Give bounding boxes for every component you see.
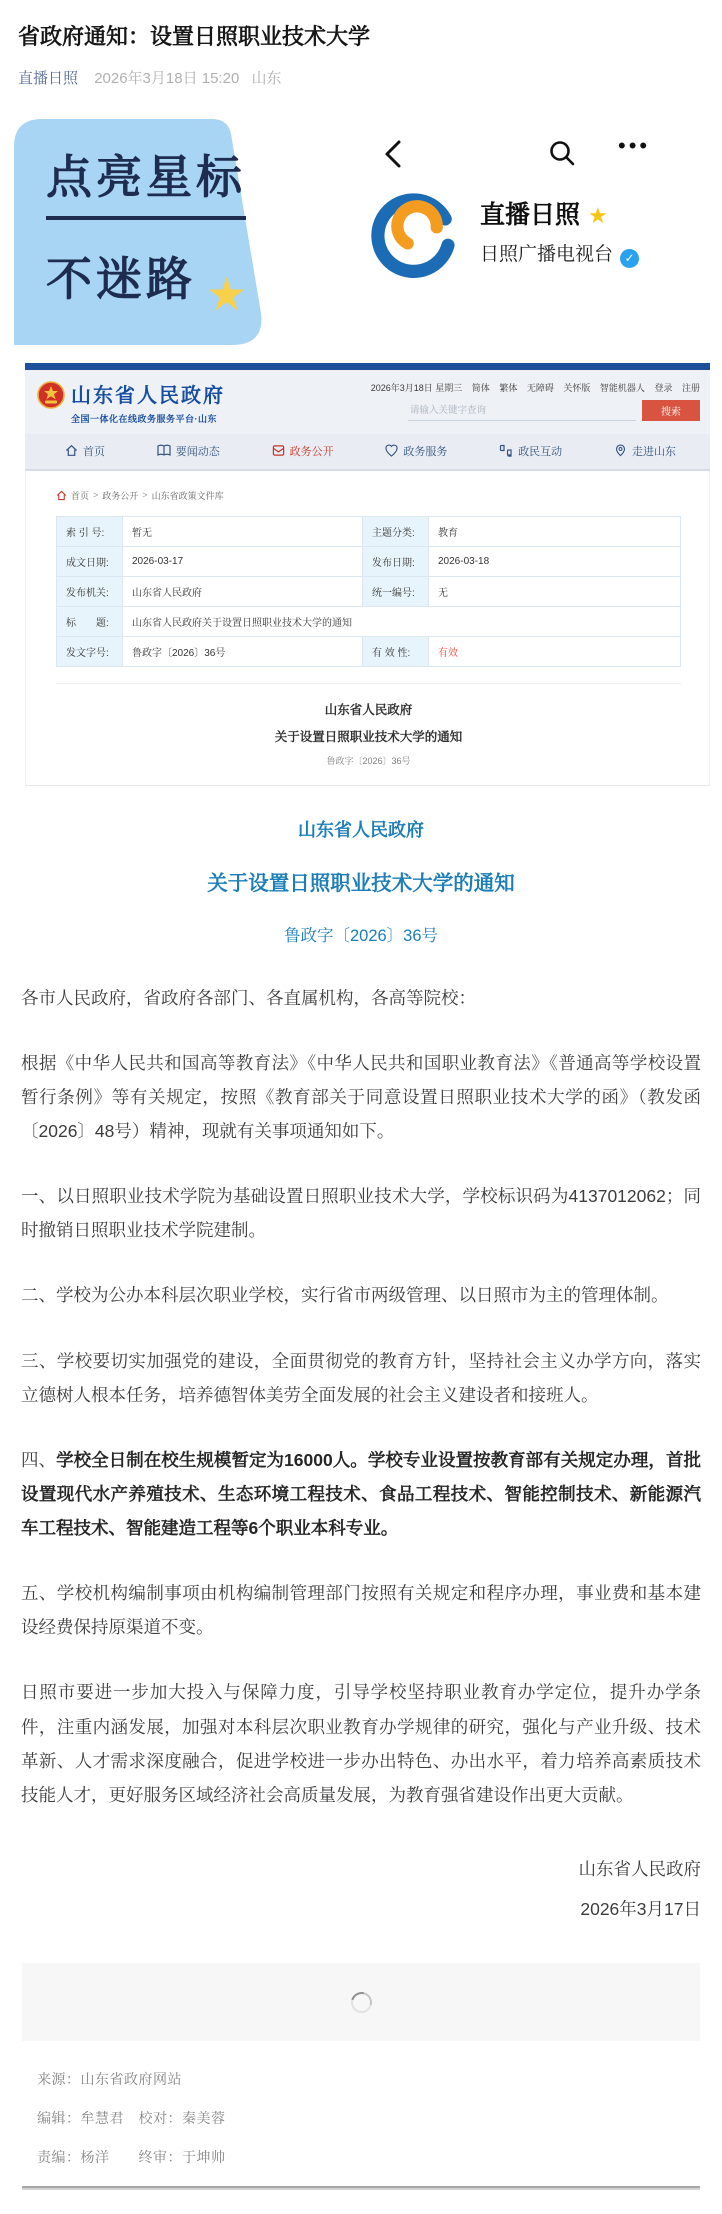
meta-label: 主题分类: xyxy=(363,516,429,546)
gov-link-robot[interactable]: 智能机器人 xyxy=(600,383,645,393)
body-paragraph: 日照市要进一步加大投入与保障力度，引导学校坚持职业教育办学定位，提升办学条件，注… xyxy=(21,1675,701,1812)
promo-banner: 点亮星标 不迷路 ★ ••• 直播日照★ 日照广播电视台✓ xyxy=(0,103,722,353)
notice-heading: 山东省人民政府 关于设置日照职业技术大学的通知 鲁政字〔2026〕36号 xyxy=(0,800,722,946)
gov-date: 2026年3月18日 星期三 xyxy=(371,383,463,393)
signature-block: 山东省人民政府 2026年3月17日 xyxy=(0,1843,722,1930)
banner-account-name[interactable]: 直播日照★ xyxy=(480,195,608,231)
map-pin-icon xyxy=(614,444,627,457)
spinner-icon xyxy=(347,1988,376,2017)
publish-location: 山东 xyxy=(251,70,281,87)
gov-search-input[interactable] xyxy=(408,401,636,421)
gov-nav: 首页 要闻动态 政务公开 政务服务 政民互动 走进山东 xyxy=(25,434,710,471)
breadcrumb-page: 山东省政策文件库 xyxy=(152,489,224,502)
gov-doc-number: 鲁政字〔2026〕36号 xyxy=(56,754,681,767)
document-disclosure-icon xyxy=(272,444,285,457)
table-row: 发文字号: 鲁政字〔2026〕36号 有 效 性: 有效 xyxy=(57,636,681,666)
paragraph-bold-text: 学校全日制在校生规模暂定为16000人。学校专业设置按教育部有关规定办理，首批设… xyxy=(21,1450,701,1538)
article-body: 各市人民政府，省政府各部门、各直属机构，各高等院校： 根据《中华人民共和国高等教… xyxy=(0,946,722,1812)
gov-link-register[interactable]: 注册 xyxy=(682,383,700,393)
gov-search-bar: 搜索 xyxy=(408,400,700,422)
image-loading-placeholder xyxy=(22,1963,700,2041)
chat-icon xyxy=(499,444,513,457)
body-paragraph: 二、学校为公办本科层次职业学校，实行省市两级管理、以日照市为主的管理体制。 xyxy=(21,1278,701,1312)
meta-label: 统一编号: xyxy=(363,576,429,606)
banner-account-desc: 日照广播电视台✓ xyxy=(480,239,639,268)
footer-editors: 编辑：牟慧君 校对：秦美蓉 xyxy=(37,2108,722,2128)
gov-doc-heading: 山东省人民政府 关于设置日照职业技术大学的通知 鲁政字〔2026〕36号 xyxy=(56,683,681,785)
meta-label: 索 引 号: xyxy=(57,516,123,546)
home-icon xyxy=(65,444,78,457)
table-row: 标 题: 山东省人民政府关于设置日照职业技术大学的通知 xyxy=(57,606,681,636)
meta-value: 山东省人民政府 xyxy=(123,576,363,606)
gov-doc-title-subject: 关于设置日照职业技术大学的通知 xyxy=(56,727,681,745)
meta-value: 2026-03-18 xyxy=(429,546,681,576)
banner-slogan-line2: 不迷路 xyxy=(46,243,196,309)
notice-heading-subject: 关于设置日照职业技术大学的通知 xyxy=(0,842,722,896)
body-paragraph: 五、学校机构编制事项由机构编制管理部门按照有关规定和程序办理，事业费和基本建设经… xyxy=(21,1576,701,1644)
table-row: 索 引 号: 暂无 主题分类: 教育 xyxy=(57,516,681,546)
paragraph-prefix: 四、 xyxy=(21,1450,56,1470)
gov-nav-interaction[interactable]: 政民互动 xyxy=(499,443,562,459)
gov-top-links: 2026年3月18日 星期三 简体 繁体 无障碍 关怀版 智能机器人 登录 注册 xyxy=(364,381,700,394)
page-title: 省政府通知：设置日照职业技术大学 xyxy=(18,22,702,52)
doc-meta-table: 索 引 号: 暂无 主题分类: 教育 成文日期: 2026-03-17 发布日期… xyxy=(56,516,681,667)
signature-org: 山东省人民政府 xyxy=(21,1849,701,1889)
meta-value: 鲁政字〔2026〕36号 xyxy=(123,636,363,666)
gov-search-button[interactable]: 搜索 xyxy=(642,400,700,421)
gov-site-screenshot[interactable]: 山东省人民政府 全国一体化在线政务服务平台·山东 2026年3月18日 星期三 … xyxy=(25,363,710,786)
gov-link-traditional[interactable]: 繁体 xyxy=(499,383,517,393)
meta-value: 无 xyxy=(429,576,681,606)
body-paragraph: 一、以日照职业技术学院为基础设置日照职业技术大学，学校标识码为413701206… xyxy=(21,1179,701,1247)
signature-date: 2026年3月17日 xyxy=(21,1889,701,1929)
gov-header: 山东省人民政府 全国一体化在线政务服务平台·山东 2026年3月18日 星期三 … xyxy=(25,370,710,434)
meta-value: 教育 xyxy=(429,516,681,546)
gov-link-accessible[interactable]: 无障碍 xyxy=(527,383,554,393)
publish-date: 2026年3月18日 15:20 xyxy=(94,70,239,87)
notice-doc-number: 鲁政字〔2026〕36号 xyxy=(0,896,722,946)
verified-badge-icon: ✓ xyxy=(620,249,639,268)
breadcrumb-home-icon xyxy=(56,490,67,501)
gov-nav-services[interactable]: 政务服务 xyxy=(385,443,447,459)
footer-source: 来源：山东省政府网站 xyxy=(37,2069,722,2089)
meta-label: 发文字号: xyxy=(57,636,123,666)
meta-value: 2026-03-17 xyxy=(123,546,363,576)
gov-link-login[interactable]: 登录 xyxy=(654,383,672,393)
meta-label: 标 题: xyxy=(57,606,123,636)
gov-link-simplified[interactable]: 简体 xyxy=(472,383,490,393)
breadcrumb-home[interactable]: 首页 xyxy=(71,489,89,502)
gov-nav-news[interactable]: 要闻动态 xyxy=(157,443,220,459)
gov-nav-home[interactable]: 首页 xyxy=(65,443,105,459)
meta-value: 暂无 xyxy=(123,516,363,546)
meta-label: 有 效 性: xyxy=(363,636,429,666)
gov-link-care[interactable]: 关怀版 xyxy=(563,383,590,393)
star-icon: ★ xyxy=(206,267,247,321)
gov-nav-explore[interactable]: 走进山东 xyxy=(614,443,676,459)
gov-doc-title-org: 山东省人民政府 xyxy=(56,700,681,718)
banner-slogan-line1: 点亮星标 xyxy=(46,141,246,220)
national-emblem-icon xyxy=(37,380,65,412)
body-paragraph: 根据《中华人民共和国高等教育法》《中华人民共和国职业教育法》《普通高等学校设置暂… xyxy=(21,1046,701,1148)
gov-content: 首页 > 政务公开 > 山东省政策文件库 索 引 号: 暂无 主题分类: 教育 … xyxy=(25,471,710,785)
meta-label: 成文日期: xyxy=(57,546,123,576)
table-row: 发布机关: 山东省人民政府 统一编号: 无 xyxy=(57,576,681,606)
account-link[interactable]: 直播日照 xyxy=(18,70,78,87)
badge-icon xyxy=(385,444,398,457)
bottom-divider xyxy=(22,2186,700,2190)
meta-label: 发布机关: xyxy=(57,576,123,606)
search-icon[interactable] xyxy=(548,139,576,172)
breadcrumb: 首页 > 政务公开 > 山东省政策文件库 xyxy=(56,489,681,502)
byline: 直播日照 2026年3月18日 15:20 山东 xyxy=(18,67,702,88)
gov-nav-disclosure[interactable]: 政务公开 xyxy=(272,443,334,459)
body-paragraph-bold: 四、学校全日制在校生规模暂定为16000人。学校专业设置按教育部有关规定办理，首… xyxy=(21,1443,701,1545)
article-footer: 来源：山东省政府网站 编辑：牟慧君 校对：秦美蓉 责编：杨洋 终审：于坤帅 xyxy=(0,2041,722,2167)
article-header: 省政府通知：设置日照职业技术大学 直播日照 2026年3月18日 15:20 山… xyxy=(0,0,722,88)
news-icon xyxy=(157,444,171,457)
more-icon[interactable]: ••• xyxy=(618,133,650,159)
body-paragraph: 三、学校要切实加强党的建设，全面贯彻党的教育方针，坚持社会主义办学方向，落实立德… xyxy=(21,1344,701,1412)
meta-label: 发布日期: xyxy=(363,546,429,576)
back-icon[interactable] xyxy=(382,139,404,174)
validity-status: 有效 xyxy=(429,636,681,666)
station-logo-icon xyxy=(370,187,464,281)
body-paragraph: 各市人民政府，省政府各部门、各直属机构，各高等院校： xyxy=(21,981,701,1015)
banner-account-panel: ••• 直播日照★ 日照广播电视台✓ xyxy=(330,103,722,353)
notice-heading-org: 山东省人民政府 xyxy=(0,800,722,842)
breadcrumb-section[interactable]: 政务公开 xyxy=(102,489,138,502)
gov-top-stripe xyxy=(25,363,710,370)
footer-producers: 责编：杨洋 终审：于坤帅 xyxy=(37,2147,722,2167)
star-icon: ★ xyxy=(588,203,608,228)
table-row: 成文日期: 2026-03-17 发布日期: 2026-03-18 xyxy=(57,546,681,576)
meta-value: 山东省人民政府关于设置日照职业技术大学的通知 xyxy=(123,606,681,636)
